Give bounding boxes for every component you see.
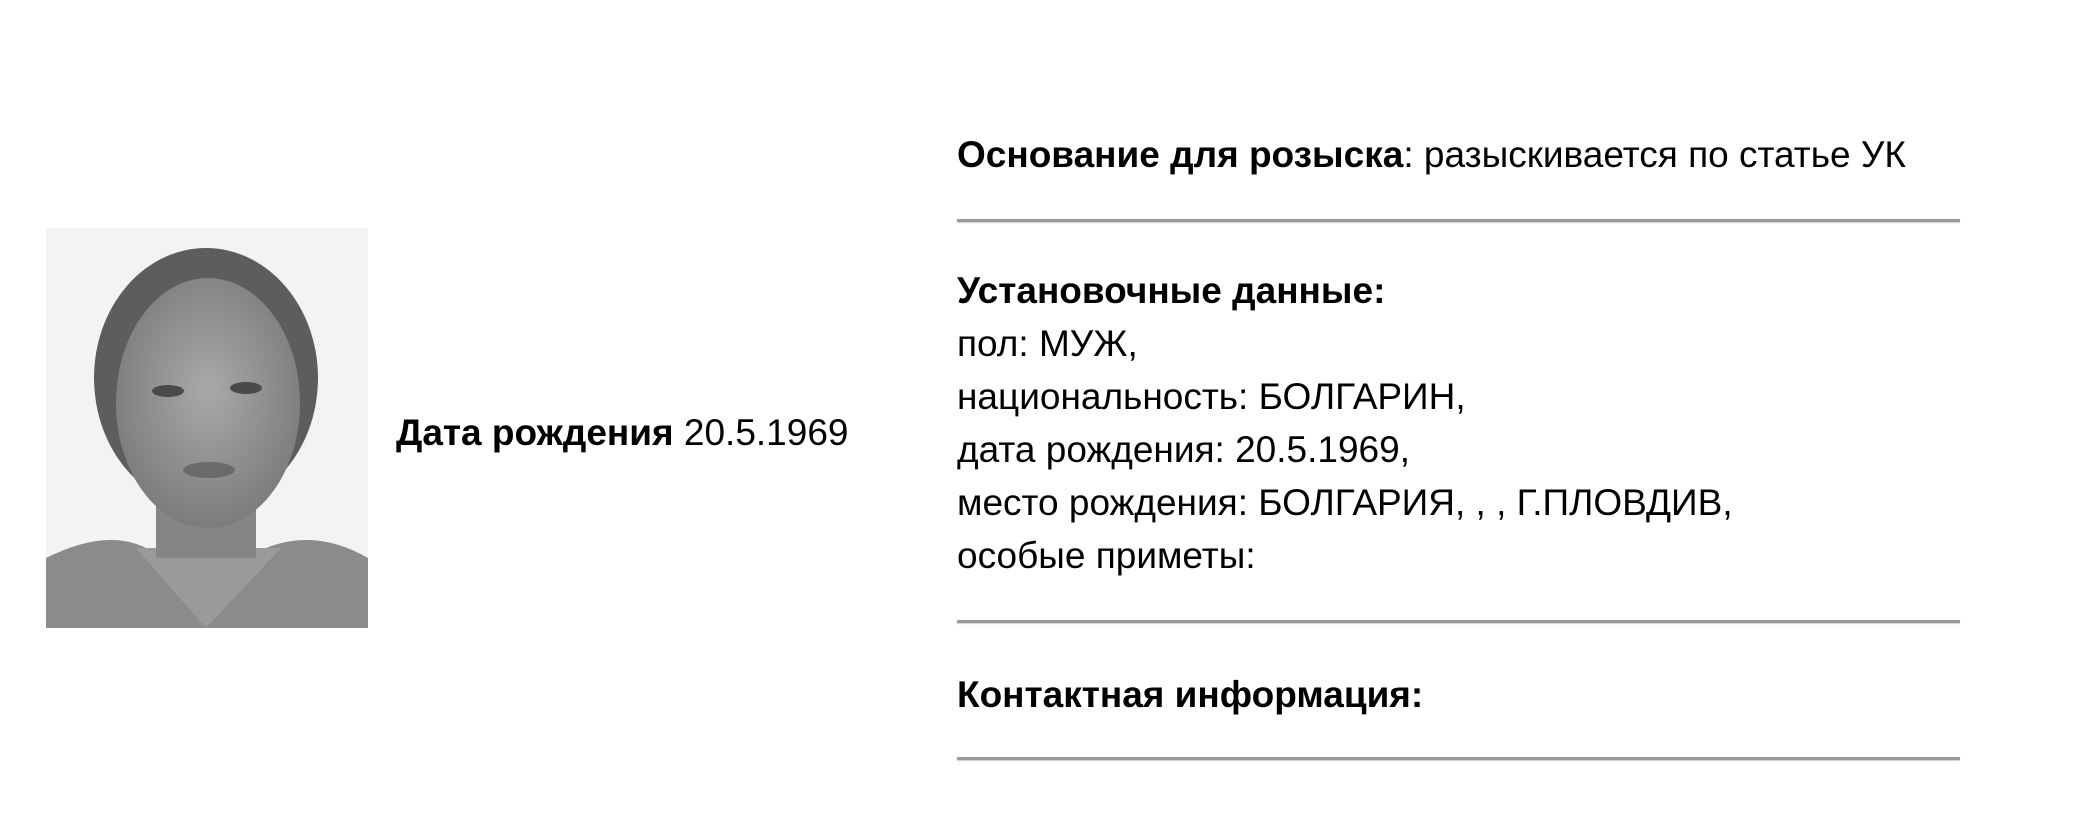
identity-heading: Установочные данные: — [957, 264, 1960, 317]
divider — [957, 757, 1960, 760]
birth-date-label: Дата рождения — [396, 412, 674, 453]
divider — [957, 620, 1960, 623]
identity-line-birth-place: место рождения: БОЛГАРИЯ, , , Г.ПЛОВДИВ, — [957, 476, 1960, 529]
identity-section: Установочные данные: пол: МУЖ, националь… — [957, 264, 1960, 582]
identity-line-sex: пол: МУЖ, — [957, 317, 1960, 370]
birth-date-value: 20.5.1969 — [684, 412, 849, 453]
identity-line-nationality: национальность: БОЛГАРИН, — [957, 370, 1960, 423]
identity-line-birth-date: дата рождения: 20.5.1969, — [957, 423, 1960, 476]
person-photo — [46, 228, 368, 628]
portrait-image — [46, 228, 368, 628]
birth-date: Дата рождения 20.5.1969 — [396, 412, 849, 454]
search-reason-value: : разыскивается по статье УК — [1403, 134, 1906, 175]
contact-heading: Контактная информация: — [957, 668, 1960, 721]
divider — [957, 219, 1960, 222]
search-reason-label: Основание для розыска — [957, 134, 1403, 175]
search-reason: Основание для розыска: разыскивается по … — [957, 128, 1960, 181]
identity-line-special-marks: особые приметы: — [957, 529, 1960, 582]
